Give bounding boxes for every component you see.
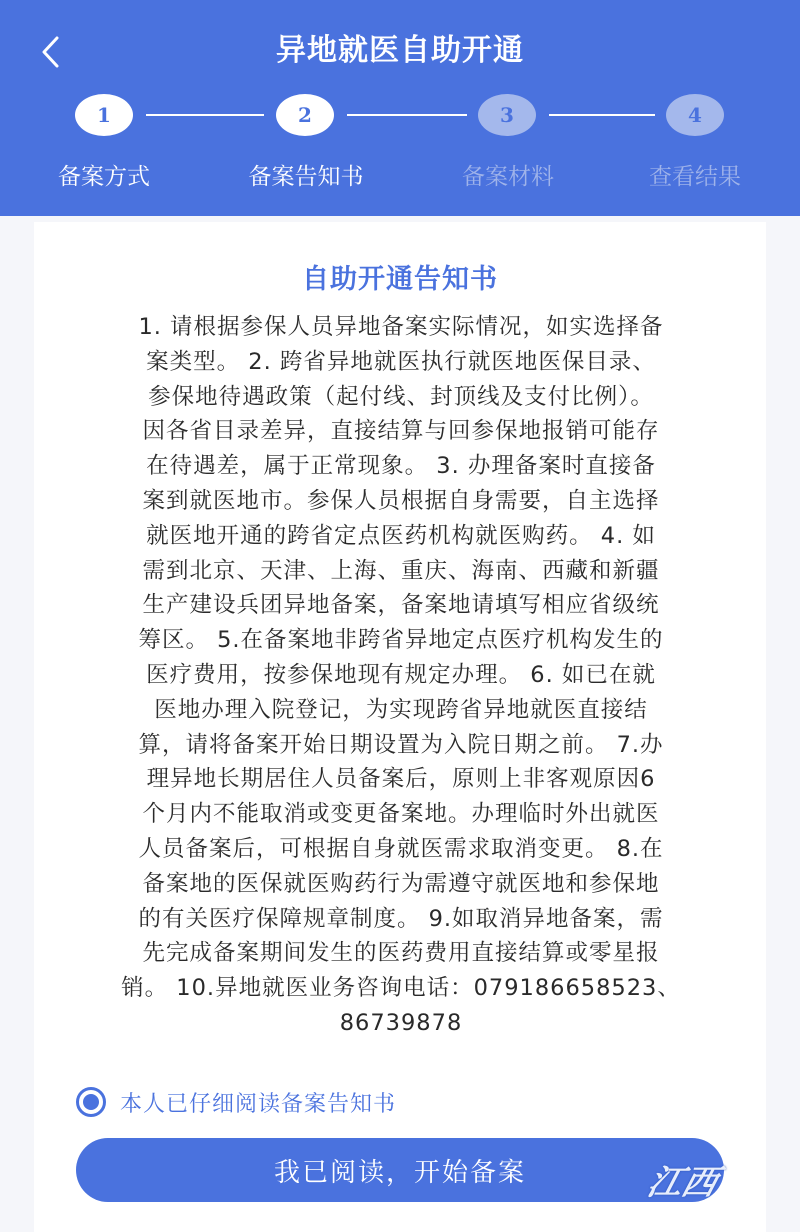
notice-line: 1. 请根据参保人员异地备案实际情况，如实选择备 — [80, 310, 722, 345]
notice-line: 在待遇差，属于正常现象。 3. 办理备案时直接备 — [80, 449, 722, 484]
notice-line: 筹区。 5.在备案地非跨省异地定点医疗机构发生的 — [80, 623, 722, 658]
step-1-circle: 1 — [75, 94, 133, 136]
agreement-label: 本人已仔细阅读备案告知书 — [120, 1087, 396, 1118]
step-connector — [347, 114, 467, 116]
step-1-label: 备案方式 — [24, 160, 184, 194]
notice-line: 备案地的医保就医购药行为需遵守就医地和参保地 — [80, 867, 722, 902]
notice-line: 医疗费用，按参保地现有规定办理。 6. 如已在就 — [80, 658, 722, 693]
progress-stepper: 1 2 3 4 备案方式 备案告知书 备案材料 查看结果 — [0, 92, 800, 202]
step-connector — [146, 114, 264, 116]
notice-title: 自助开通告知书 — [34, 260, 766, 300]
notice-line: 医地办理入院登记，为实现跨省异地就医直接结 — [80, 693, 722, 728]
step-3-label: 备案材料 — [428, 160, 588, 194]
notice-line: 销。 10.异地就医业务咨询电话：079186658523、 — [80, 971, 722, 1006]
step-2-circle: 2 — [276, 94, 334, 136]
notice-line: 理异地长期居住人员备案后，原则上非客观原因6 — [80, 762, 722, 797]
step-4-label: 查看结果 — [615, 160, 775, 194]
step-3-circle: 3 — [478, 94, 536, 136]
notice-card: 自助开通告知书 1. 请根据参保人员异地备案实际情况，如实选择备 案类型。 2.… — [34, 222, 766, 1223]
app-header: 异地就医自助开通 1 2 3 4 备案方式 备案告知书 备案材料 查看结果 — [0, 0, 800, 216]
notice-line: 先完成备案期间发生的医药费用直接结算或零星报 — [80, 936, 722, 971]
notice-line: 人员备案后，可根据自身就医需求取消变更。 8.在 — [80, 832, 722, 867]
agreement-checkbox[interactable]: 本人已仔细阅读备案告知书 — [76, 1086, 396, 1118]
radio-dot — [83, 1094, 99, 1110]
notice-line: 需到北京、天津、上海、重庆、海南、西藏和新疆 — [80, 554, 722, 589]
step-4-circle: 4 — [666, 94, 724, 136]
notice-line: 案类型。 2. 跨省异地就医执行就医地医保目录、 — [80, 345, 722, 380]
radio-checked-icon[interactable] — [76, 1087, 106, 1117]
notice-line: 因各省目录差异，直接结算与回参保地报销可能存 — [80, 414, 722, 449]
notice-line: 生产建设兵团异地备案，备案地请填写相应省级统 — [80, 588, 722, 623]
notice-line: 86739878 — [80, 1006, 722, 1041]
page-title: 异地就医自助开通 — [0, 28, 800, 74]
step-2-label: 备案告知书 — [226, 160, 386, 194]
notice-line: 的有关医疗保障规章制度。 9.如取消异地备案，需 — [80, 902, 722, 937]
notice-line: 案到就医地市。参保人员根据自身需要，自主选择 — [80, 484, 722, 519]
notice-body: 1. 请根据参保人员异地备案实际情况，如实选择备 案类型。 2. 跨省异地就医执… — [80, 310, 722, 1041]
start-filing-button[interactable]: 我已阅读，开始备案 — [76, 1138, 724, 1202]
notice-line: 算，请将备案开始日期设置为入院日期之前。 7.办 — [80, 728, 722, 763]
notice-line: 个月内不能取消或变更备案地。办理临时外出就医 — [80, 797, 722, 832]
step-connector — [549, 114, 655, 116]
notice-line: 参保地待遇政策（起付线、封顶线及支付比例）。 — [80, 380, 722, 415]
notice-line: 就医地开通的跨省定点医药机构就医购药。 4. 如 — [80, 519, 722, 554]
